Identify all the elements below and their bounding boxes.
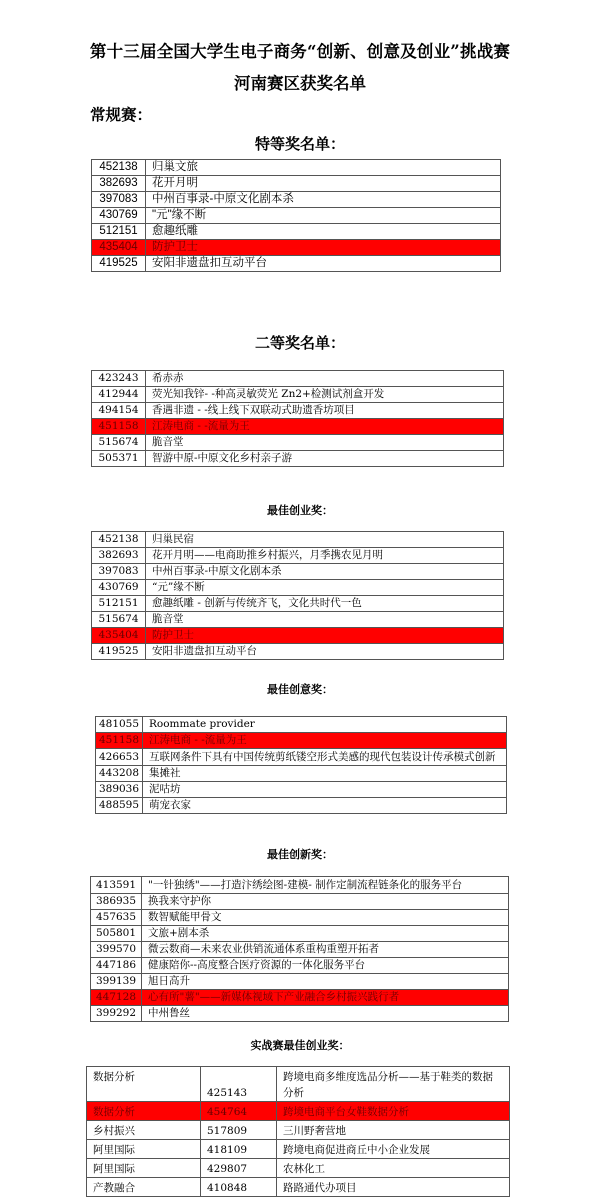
table-row: 451158江涛电商 - -流量为王 — [92, 419, 504, 435]
project-id-cell: 412944 — [92, 387, 146, 403]
project-id-cell: 382693 — [92, 176, 146, 192]
project-id-cell: 430769 — [92, 580, 146, 596]
project-name-cell: 心有所"薯"——新媒体视域下产业融合乡村振兴践行者 — [142, 990, 509, 1006]
table-row: 382693花开月明 — [92, 176, 501, 192]
table-row: 447128心有所"薯"——新媒体视域下产业融合乡村振兴践行者 — [91, 990, 509, 1006]
table-row: 505371智游中原-中原文化乡村亲子游 — [92, 451, 504, 467]
project-name-cell: 脆音堂 — [146, 612, 504, 628]
project-name-cell: 安阳非遗盘扣互动平台 — [146, 256, 501, 272]
table-row: 389036泥咕坊 — [96, 782, 507, 798]
project-name-cell: 愈趣纸雕 — [146, 224, 501, 240]
project-id-cell: 399570 — [91, 942, 142, 958]
category-cell: 数据分析 — [87, 1067, 201, 1102]
table-row: 481055Roommate provider — [96, 717, 507, 733]
project-id-cell: 457635 — [91, 910, 142, 926]
project-id-cell: 517809 — [201, 1121, 277, 1140]
table-row: 399292中州鲁丝 — [91, 1006, 509, 1022]
table-row: 430769“元”缘不断 — [92, 580, 504, 596]
project-id-cell: 505371 — [92, 451, 146, 467]
table-row: 产教融合410848路路通代办项目 — [87, 1178, 510, 1197]
project-id-cell: 494154 — [92, 403, 146, 419]
project-name-cell: 脆音堂 — [146, 435, 504, 451]
project-name-cell: 文旅+剧本杀 — [142, 926, 509, 942]
project-name-cell: 数智赋能甲骨文 — [142, 910, 509, 926]
table-row: 515674脆音堂 — [92, 612, 504, 628]
project-name-cell: 智游中原-中原文化乡村亲子游 — [146, 451, 504, 467]
project-name-cell: 荧光知我锌- -种高灵敏荧光 Zn2+检测试剂盒开发 — [146, 387, 504, 403]
project-name-cell: “元”缘不断 — [146, 580, 504, 596]
category-cell: 数据分析 — [87, 1102, 201, 1121]
project-id-cell: 399139 — [91, 974, 142, 990]
project-name-cell: 中州百事录-中原文化剧本杀 — [146, 564, 504, 580]
project-name-cell: 香遇非遗 - -线上线下双联动式助遗香坊项目 — [146, 403, 504, 419]
special-prize-heading: 特等奖名单： — [0, 133, 600, 154]
table-row: 512151愈趣纸雕 — [92, 224, 501, 240]
project-id-cell: 452138 — [92, 532, 146, 548]
table-row: 426653互联网条件下具有中国传统剪纸镂空形式美感的现代包装设计传承模式创新 — [96, 749, 507, 766]
category-cell: 阿里国际 — [87, 1159, 201, 1178]
table-row: 430769"元"缘不断 — [92, 208, 501, 224]
table-row: 386935换我来守护你 — [91, 894, 509, 910]
project-id-cell: 454764 — [201, 1102, 277, 1121]
project-name-cell: 归巢文旅 — [146, 160, 501, 176]
project-id-cell: 451158 — [96, 733, 143, 749]
project-id-cell: 452138 — [92, 160, 146, 176]
second-prize-heading: 二等奖名单： — [0, 332, 600, 353]
project-name-cell: 防护卫士 — [146, 240, 501, 256]
table-row: 397083中州百事录-中原文化剧本杀 — [92, 564, 504, 580]
project-name-cell: 希赤赤 — [146, 371, 504, 387]
project-id-cell: 488595 — [96, 798, 143, 814]
project-id-cell: 397083 — [92, 192, 146, 208]
best-startup-heading: 最佳创业奖： — [0, 502, 600, 518]
project-id-cell: 386935 — [91, 894, 142, 910]
table-row: 435404防护卫士 — [92, 628, 504, 644]
project-id-cell: 515674 — [92, 612, 146, 628]
project-name-cell: 中州百事录-中原文化剧本杀 — [146, 192, 501, 208]
project-id-cell: 410848 — [201, 1178, 277, 1197]
table-row: 457635数智赋能甲骨文 — [91, 910, 509, 926]
project-name-cell: "元"缘不断 — [146, 208, 501, 224]
project-id-cell: 382693 — [92, 548, 146, 564]
category-cell: 乡村振兴 — [87, 1121, 201, 1140]
project-id-cell: 418109 — [201, 1140, 277, 1159]
table-row: 452138归巢文旅 — [92, 160, 501, 176]
second-prize-table: 423243希赤赤412944荧光知我锌- -种高灵敏荧光 Zn2+检测试剂盒开… — [91, 370, 504, 467]
table-row: 382693花开月明——电商助推乡村振兴，月季携农见月明 — [92, 548, 504, 564]
table-row: 419525安阳非遗盘扣互动平台 — [92, 256, 501, 272]
project-id-cell: 435404 — [92, 628, 146, 644]
project-name-cell: 换我来守护你 — [142, 894, 509, 910]
practical-startup-table: 数据分析425143跨境电商多维度选品分析——基于鞋类的数据分析数据分析4547… — [86, 1066, 510, 1197]
project-name-cell: 安阳非遗盘扣互动平台 — [146, 644, 504, 660]
project-id-cell: 423243 — [92, 371, 146, 387]
project-id-cell: 435404 — [92, 240, 146, 256]
project-id-cell: 447186 — [91, 958, 142, 974]
project-id-cell: 430769 — [92, 208, 146, 224]
project-name-cell: 农林化工 — [277, 1159, 510, 1178]
project-name-cell: 归巢民宿 — [146, 532, 504, 548]
table-row: 451158江涛电商 - -流量为王 — [96, 733, 507, 749]
table-row: 452138归巢民宿 — [92, 532, 504, 548]
project-name-cell: 跨境电商平台女鞋数据分析 — [277, 1102, 510, 1121]
project-id-cell: 512151 — [92, 224, 146, 240]
project-id-cell: 419525 — [92, 644, 146, 660]
project-id-cell: 481055 — [96, 717, 143, 733]
project-name-cell: 旭日高升 — [142, 974, 509, 990]
table-row: 数据分析425143跨境电商多维度选品分析——基于鞋类的数据分析 — [87, 1067, 510, 1102]
project-id-cell: 429807 — [201, 1159, 277, 1178]
project-id-cell: 451158 — [92, 419, 146, 435]
project-id-cell: 505801 — [91, 926, 142, 942]
table-row: 435404防护卫士 — [92, 240, 501, 256]
table-row: 413591"一针独绣"——打造汴绣绘图-建模- 制作定制流程链条化的服务平台 — [91, 877, 509, 894]
project-name-cell: 中州鲁丝 — [142, 1006, 509, 1022]
table-row: 397083中州百事录-中原文化剧本杀 — [92, 192, 501, 208]
table-row: 447186健康陪你--高度整合医疗资源的一体化服务平台 — [91, 958, 509, 974]
project-name-cell: 愈趣纸雕 - 创新与传统齐飞，文化共时代一色 — [146, 596, 504, 612]
table-row: 512151愈趣纸雕 - 创新与传统齐飞，文化共时代一色 — [92, 596, 504, 612]
project-name-cell: 微云数商—未来农业供销流通体系重构重塑开拓者 — [142, 942, 509, 958]
project-name-cell: 集摊社 — [143, 766, 507, 782]
project-name-cell: Roommate provider — [143, 717, 507, 733]
project-id-cell: 443208 — [96, 766, 143, 782]
project-id-cell: 515674 — [92, 435, 146, 451]
special-prize-table: 452138归巢文旅382693花开月明397083中州百事录-中原文化剧本杀4… — [91, 159, 501, 272]
document-title: 第十三届全国大学生电子商务“创新、创意及创业”挑战赛 — [0, 38, 600, 62]
project-name-cell: 萌宠衣家 — [143, 798, 507, 814]
practical-startup-heading: 实战赛最佳创业奖： — [0, 1037, 600, 1053]
project-id-cell: 399292 — [91, 1006, 142, 1022]
best-innovation-heading: 最佳创新奖： — [0, 846, 600, 862]
project-name-cell: 泥咕坊 — [143, 782, 507, 798]
project-name-cell: "一针独绣"——打造汴绣绘图-建模- 制作定制流程链条化的服务平台 — [142, 877, 509, 894]
table-row: 412944荧光知我锌- -种高灵敏荧光 Zn2+检测试剂盒开发 — [92, 387, 504, 403]
table-row: 乡村振兴517809三川野奢营地 — [87, 1121, 510, 1140]
project-id-cell: 397083 — [92, 564, 146, 580]
table-row: 419525安阳非遗盘扣互动平台 — [92, 644, 504, 660]
best-creative-heading: 最佳创意奖： — [0, 681, 600, 697]
table-row: 399139旭日高升 — [91, 974, 509, 990]
project-id-cell: 389036 — [96, 782, 143, 798]
table-row: 505801文旅+剧本杀 — [91, 926, 509, 942]
section-regular-heading: 常规赛： — [90, 103, 152, 125]
project-id-cell: 426653 — [96, 749, 143, 766]
project-id-cell: 512151 — [92, 596, 146, 612]
best-innovation-table: 413591"一针独绣"——打造汴绣绘图-建模- 制作定制流程链条化的服务平台3… — [90, 876, 509, 1022]
table-row: 阿里国际418109跨境电商促进商丘中小企业发展 — [87, 1140, 510, 1159]
best-creative-table: 481055Roommate provider451158江涛电商 - -流量为… — [95, 716, 507, 814]
project-name-cell: 互联网条件下具有中国传统剪纸镂空形式美感的现代包装设计传承模式创新 — [143, 749, 507, 766]
project-id-cell: 413591 — [91, 877, 142, 894]
category-cell: 阿里国际 — [87, 1140, 201, 1159]
category-cell: 产教融合 — [87, 1178, 201, 1197]
table-row: 494154香遇非遗 - -线上线下双联动式助遗香坊项目 — [92, 403, 504, 419]
table-row: 488595萌宠衣家 — [96, 798, 507, 814]
table-row: 阿里国际429807农林化工 — [87, 1159, 510, 1178]
project-name-cell: 健康陪你--高度整合医疗资源的一体化服务平台 — [142, 958, 509, 974]
table-row: 数据分析454764跨境电商平台女鞋数据分析 — [87, 1102, 510, 1121]
best-startup-table: 452138归巢民宿382693花开月明——电商助推乡村振兴，月季携农见月明39… — [91, 531, 504, 660]
project-name-cell: 路路通代办项目 — [277, 1178, 510, 1197]
table-row: 423243希赤赤 — [92, 371, 504, 387]
project-name-cell: 江涛电商 - -流量为王 — [143, 733, 507, 749]
project-id-cell: 419525 — [92, 256, 146, 272]
project-name-cell: 三川野奢营地 — [277, 1121, 510, 1140]
project-name-cell: 江涛电商 - -流量为王 — [146, 419, 504, 435]
project-name-cell: 跨境电商促进商丘中小企业发展 — [277, 1140, 510, 1159]
project-name-cell: 花开月明——电商助推乡村振兴，月季携农见月明 — [146, 548, 504, 564]
project-name-cell: 跨境电商多维度选品分析——基于鞋类的数据分析 — [277, 1067, 510, 1102]
project-id-cell: 425143 — [201, 1067, 277, 1102]
table-row: 443208集摊社 — [96, 766, 507, 782]
table-row: 399570微云数商—未来农业供销流通体系重构重塑开拓者 — [91, 942, 509, 958]
project-id-cell: 447128 — [91, 990, 142, 1006]
project-name-cell: 防护卫士 — [146, 628, 504, 644]
project-name-cell: 花开月明 — [146, 176, 501, 192]
document-subtitle: 河南赛区获奖名单 — [0, 70, 600, 94]
table-row: 515674脆音堂 — [92, 435, 504, 451]
